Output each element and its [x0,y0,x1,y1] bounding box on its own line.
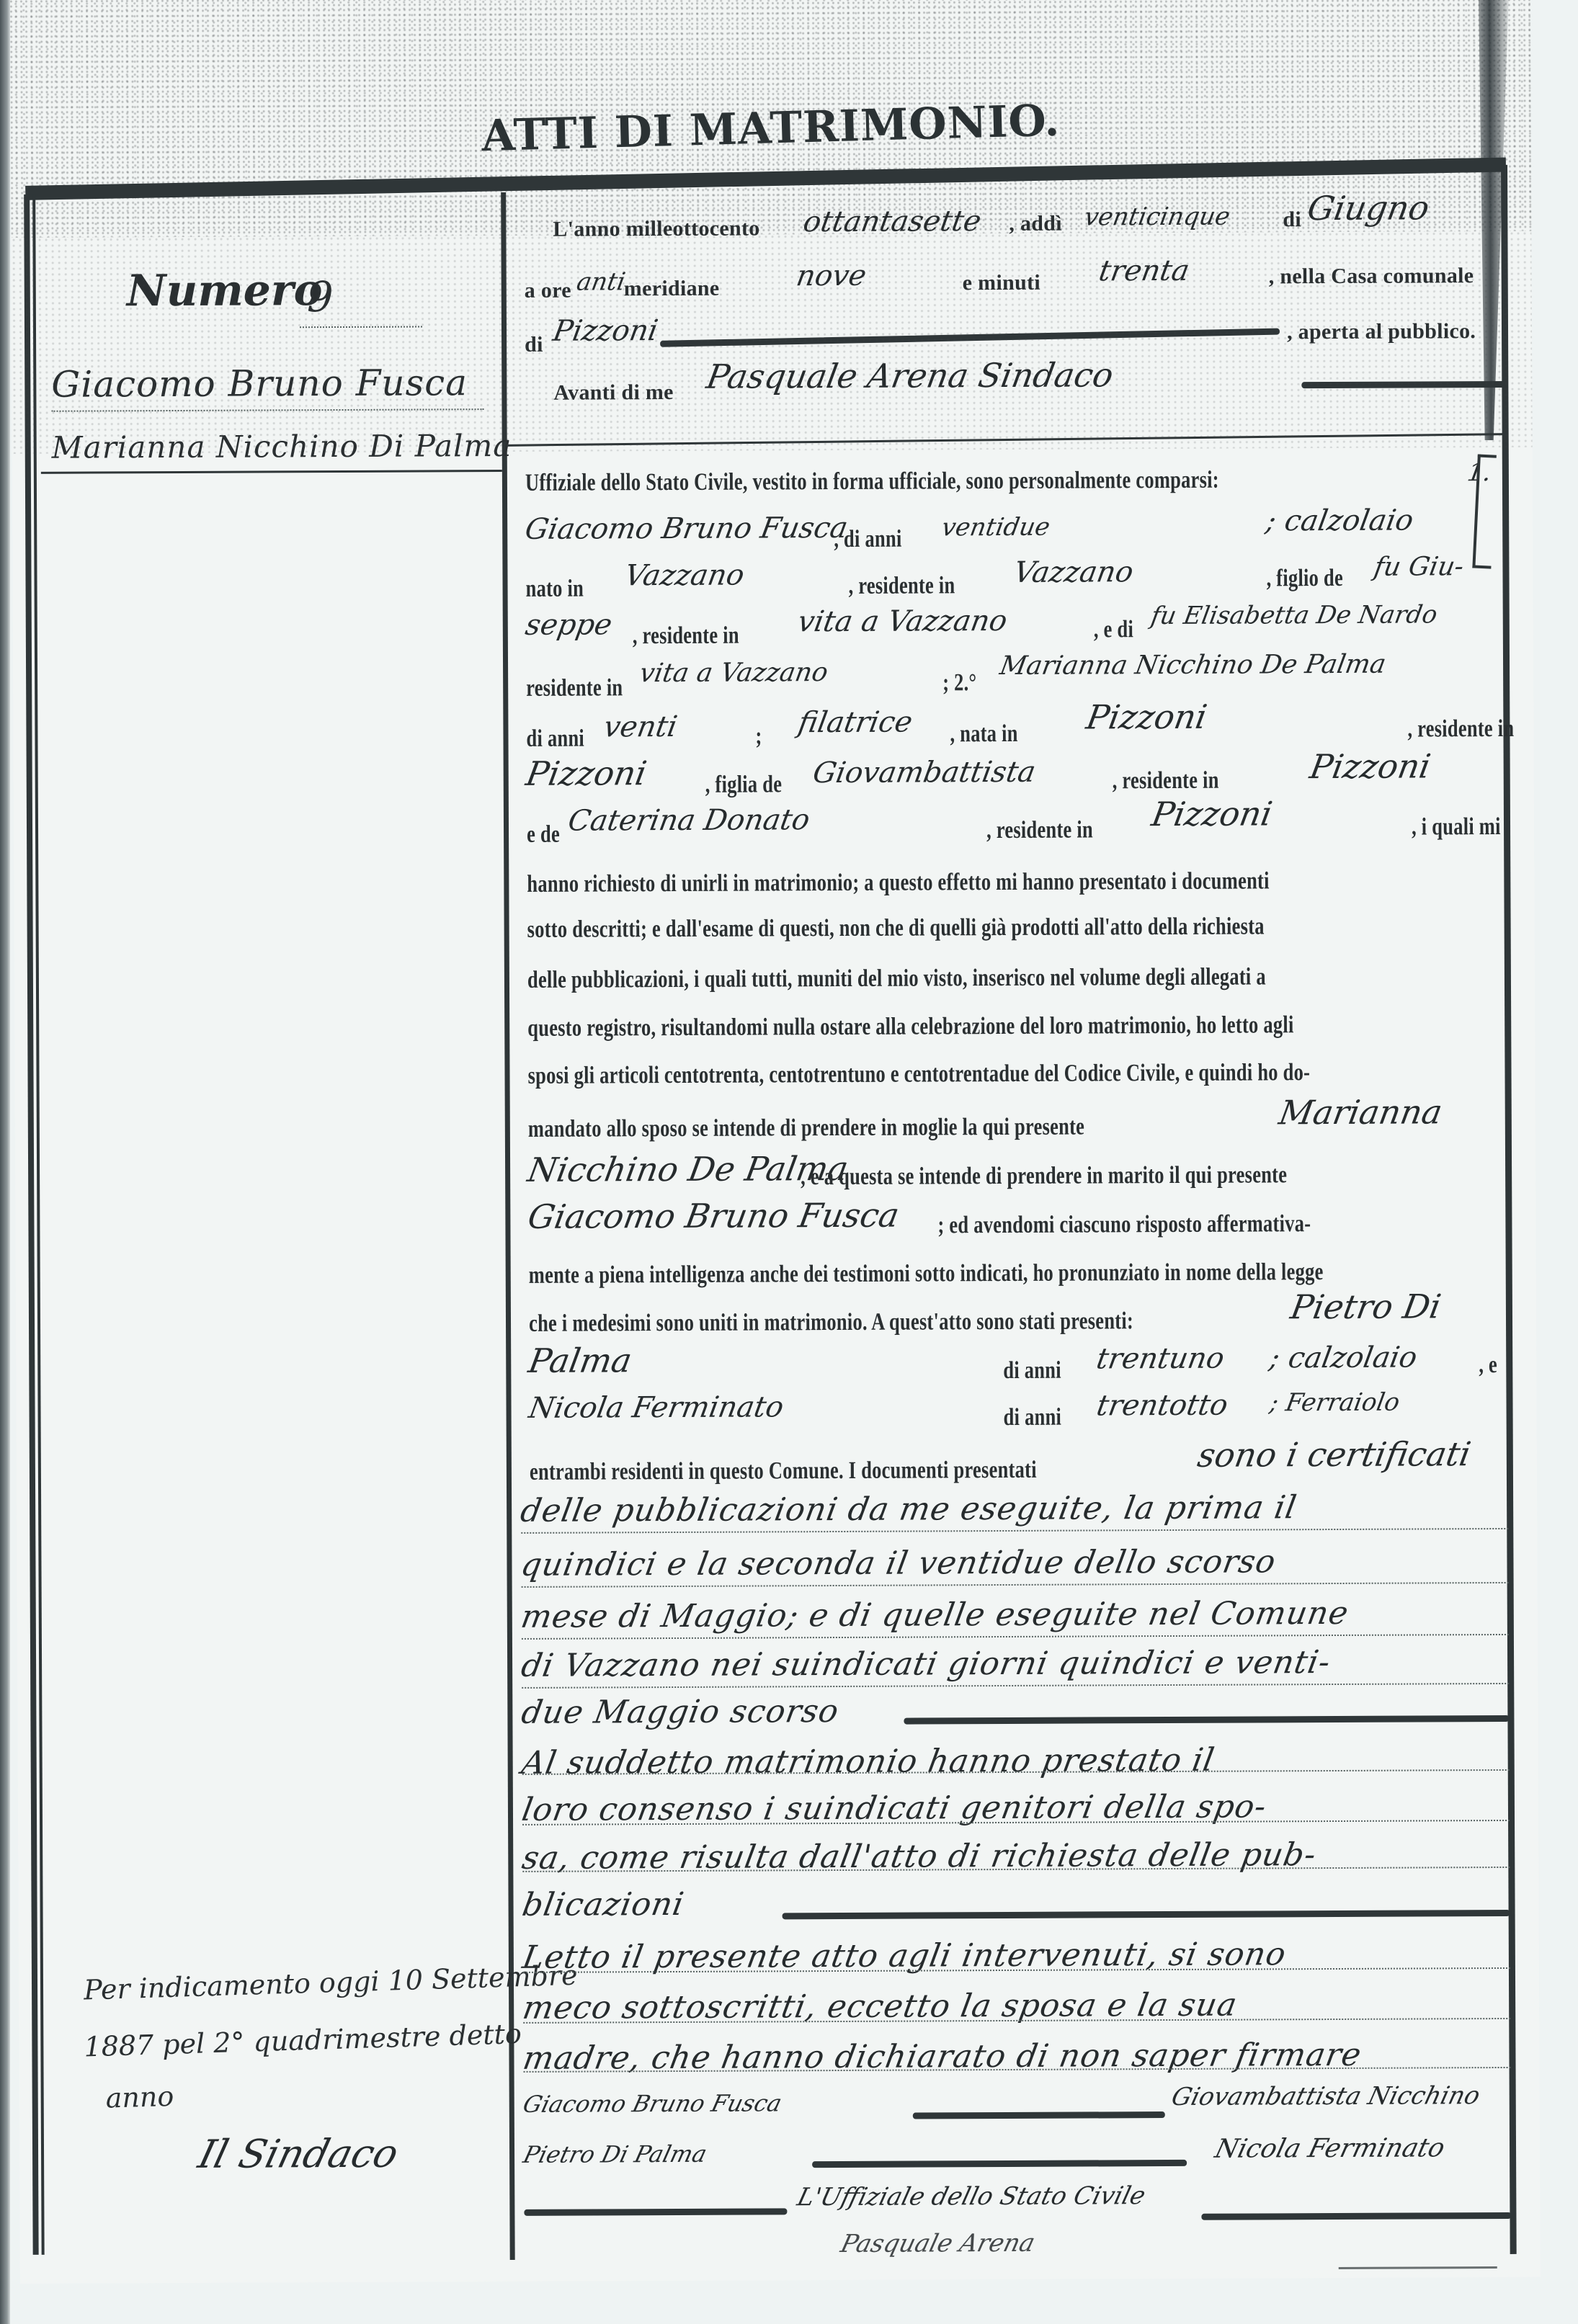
margin-note-line: anno [105,2081,174,2114]
form-text: ; 2.° [942,669,976,697]
bride-named-field: Marianna [1276,1092,1445,1132]
bride-birthplace-field: Pizzoni [1084,697,1210,737]
day-field: venticinque [1082,202,1232,232]
form-text: ; ed avendomi ciascuno risposto affermat… [937,1210,1311,1239]
documents-field: sono i certificati [1195,1434,1474,1475]
month-field: Giugno [1305,188,1432,228]
form-text: , figlia de [705,771,783,798]
form-text: di [1283,207,1301,232]
form-text: , di anni [834,526,901,553]
bride-field: Marianna Nicchino De Palma [998,650,1388,681]
form-text: , residente in [633,622,739,651]
signature-witness-1: Pietro Di Palma [520,2140,709,2168]
form-text: Uffiziale dello Stato Civile, vestito in… [525,467,1219,497]
form-text: ; [755,723,762,750]
hour-field: nove [794,259,869,292]
form-paragraph-line: hanno richiesto di unirli in matrimonio;… [527,867,1269,898]
left-header-rule [41,470,502,474]
witness1-occupation-field: ; calzolaio [1267,1341,1419,1375]
handwritten-line: mese di Maggio; e di quelle eseguite nel… [518,1595,1351,1635]
form-text: di anni [1003,1357,1061,1385]
form-text: , nata in [950,720,1017,748]
witness2-field: Nicola Ferminato [527,1390,786,1425]
groom-father-residence-field: vita a Vazzano [795,604,1009,638]
officer-rule-right [1201,2212,1511,2220]
signature-rule [812,2160,1187,2168]
numero-value: 9 [307,272,334,321]
block-end-rule [904,1715,1509,1725]
frame-right-border [1501,165,1517,2254]
witness1-field: Pietro Di [1288,1287,1444,1326]
scan-edge [0,0,10,2324]
form-text: nato in [525,576,584,603]
groom-residence-field: Vazzano [1012,555,1136,589]
groom-father-field-cont: seppe [523,608,615,642]
signature-rule [913,2111,1165,2119]
form-paragraph-line: sotto descritti; e dall'esame di questi,… [527,913,1265,943]
form-paragraph-line: delle pubblicazioni, i quali tutti, muni… [527,963,1266,993]
form-text: , i quali mi [1412,813,1501,841]
handwritten-line: Al suddetto matrimonio hanno prestato il [519,1742,1217,1782]
groom-mother-field: fu Elisabetta De Nardo [1149,600,1439,630]
witness2-occupation-field: ; Ferraiolo [1267,1388,1401,1418]
officer-signature: Pasquale Arena [838,2229,1038,2258]
handwritten-line: di Vazzano nei suindicati giorni quindic… [519,1644,1334,1684]
form-text: di [525,333,543,357]
form-text: e minuti [963,271,1040,295]
form-text: , addì [1009,212,1062,236]
bride-mother-residence-field: Pizzoni [1149,794,1275,833]
town-field: Pizzoni [550,314,660,348]
bride-mother-field: Caterina Donato [566,803,812,837]
form-paragraph-line: sposi gli articoli centotrenta, centotre… [527,1059,1310,1090]
form-text: che i medesimi sono uniti in matrimonio.… [529,1308,1133,1338]
margin-note-line: Per indicamento oggi 10 Settembre [84,1959,579,2006]
form-paragraph-line: questo registro, risultandomi nulla osta… [527,1011,1293,1042]
form-text: , e di [1094,616,1133,643]
bride-name: Marianna Nicchino Di Palma [52,428,512,465]
form-text: , aperta al pubblico. [1287,319,1476,344]
header-divider-rule [507,433,1505,447]
bride-father-residence-field: Pizzoni [1307,746,1433,786]
form-text: di anni [1004,1404,1062,1431]
numero-label: Numero [127,265,323,316]
line-rule [522,1582,1509,1588]
form-text: , nella Casa comunale [1269,264,1474,289]
block-end-rule [783,1910,1510,1919]
groom-occupation-field: ; calzolaio [1263,504,1416,537]
signature-witness-right-2: Nicola Ferminato [1212,2133,1448,2163]
bride-father-field: Giovambattista [811,756,1038,790]
ampm-field: anti [574,267,628,296]
officer-rule-left [524,2208,787,2216]
form-text: , residente in [848,572,955,600]
groom-birthplace-field: Vazzano [623,559,747,593]
groom-father-field: fu Giu- [1372,552,1466,582]
groom-mother-residence-field: vita a Vazzano [638,658,831,688]
handwritten-line: delle pubblicazioni da me eseguite, la p… [518,1489,1300,1529]
form-text: , residente in [986,816,1093,844]
groom-name-rule [51,408,483,412]
form-text: mente a piena intelligenza anche dei tes… [529,1259,1324,1290]
handwritten-line: blicazioni [520,1886,687,1923]
register-page: ATTI DI MATRIMONIO. Numero 9 Giacomo Bru… [10,0,1541,2284]
signature-witness-right-1: Giovambattista Nicchino [1169,2081,1483,2111]
margin-note-line: 1887 pel 2° quadrimestre detto [84,2018,522,2063]
faint-rule [1339,2266,1497,2269]
groom-field: Giacomo Bruno Fusca [522,511,850,546]
form-text: residente in [526,674,623,702]
form-text: , e a questa se intende di prendere in m… [801,1161,1287,1191]
form-text: di anni [526,725,584,753]
form-text: , figlio de [1266,565,1343,592]
form-text: , e [1479,1351,1497,1379]
groom-age-field: ventidue [940,513,1052,542]
handwritten-line: quindici e la seconda il ventidue dello … [518,1543,1279,1583]
form-text: , residente in [1113,767,1219,795]
form-text: e de [527,821,560,849]
groom-named-field: Giacomo Bruno Fusca [525,1196,902,1236]
frame-left-border [24,195,44,2255]
year-field: ottantasette [801,205,984,238]
numero-underline [300,326,422,329]
form-text: entrambi residenti in questo Comune. I d… [530,1457,1037,1486]
bride-age-field: venti [601,710,679,743]
witness1-age-field: trentuno [1094,1342,1226,1376]
officer-rule [1301,381,1507,388]
margin-signature: Il Sindaco [194,2131,403,2177]
form-text: a ore [525,279,571,303]
line-rule [522,1634,1509,1640]
form-text: meridiane [624,277,720,302]
groom-name: Giacomo Bruno Fusca [51,362,468,406]
officer-field: Pasquale Arena Sindaco [704,355,1117,395]
bride-residence-field: Pizzoni [523,754,649,793]
witness2-age-field: trentotto [1095,1389,1231,1423]
form-text: , residente in [1407,715,1514,743]
officer-label: L'Uffiziale dello Stato Civile [794,2181,1148,2212]
column-divider [501,192,515,2260]
handwritten-line: due Maggio scorso [519,1693,842,1731]
form-text: L'anno milleottocento [553,216,759,241]
witness1-field-cont: Palma [526,1341,635,1380]
form-text: mandato allo sposo se intende di prender… [528,1114,1084,1143]
signature-groom: Giacomo Bruno Fusca [520,2089,785,2118]
line-rule [522,1683,1509,1689]
town-rule [660,329,1280,347]
bride-occupation-field: filatrice [795,706,914,740]
line-rule [521,1528,1508,1534]
form-text: Avanti di me [553,380,674,406]
minutes-field: trenta [1097,254,1192,288]
